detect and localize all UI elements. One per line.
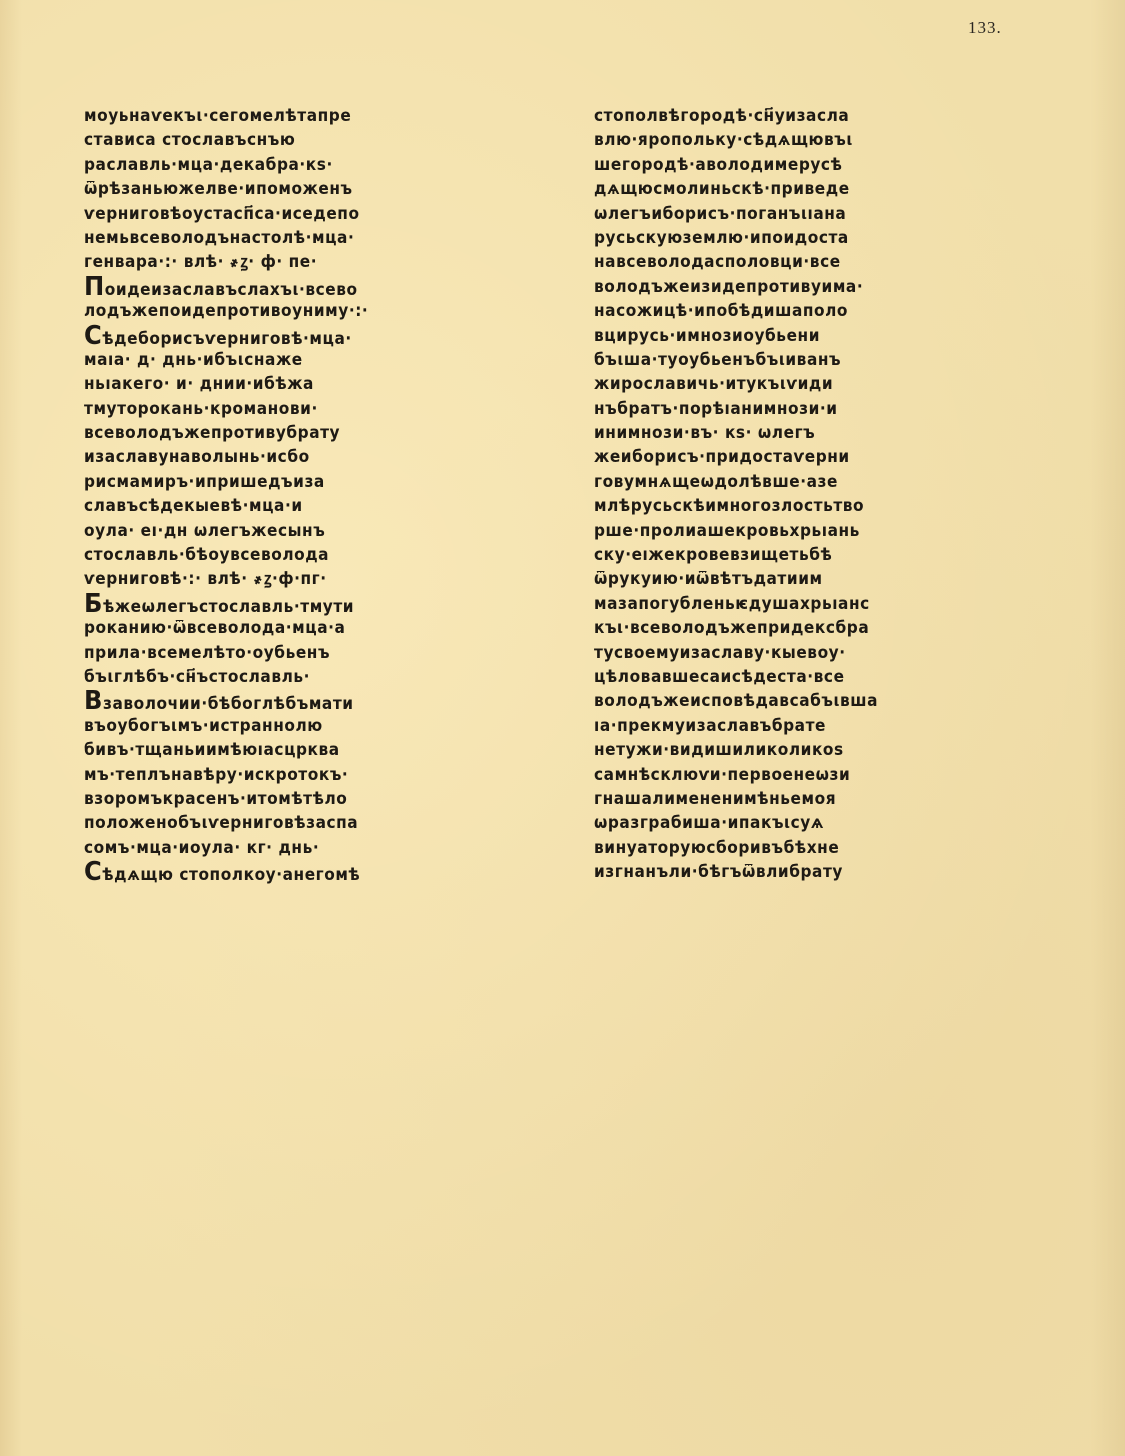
text-line: въоубогъιмъ·истраннолю xyxy=(84,714,521,738)
text-line: навсеволодасполовци·все xyxy=(594,250,1024,274)
text-line: положенобъιѵерниговѣзаспа xyxy=(84,811,521,835)
text-line: насожицѣ·ипобѣдишаполо xyxy=(594,299,1024,323)
text-line: маıа· д· днь·ибъιснаже xyxy=(84,348,521,372)
text-line: роканию·ѿвсеволода·мца·а xyxy=(84,616,521,640)
text-line: ѿрѣзаньюжелве·ипоможенъ xyxy=(84,177,521,201)
right-column: стополвѣгородѣ·сн҃уизаславлю·яропольку·с… xyxy=(594,104,1056,885)
text-line: вцирусь·имнозиоубьени xyxy=(594,324,1024,348)
text-line: цѣловавшесаисѣдеста·все xyxy=(594,665,1024,689)
text-line: оула· еı·дн ѡлегъжесынъ xyxy=(84,519,521,543)
text-line: рисмамиръ·ипришедъиза xyxy=(84,470,521,494)
text-line: прила·всемелѣто·оубьенъ xyxy=(84,641,521,665)
text-line: самнѣсклюѵи·первоенеѡзи xyxy=(594,763,1024,787)
text-line: ѵерниговѣоустасп҃са·иседепо xyxy=(84,202,521,226)
text-line: сомъ·мца·иоула· кг· днь· xyxy=(84,836,521,860)
text-line: ѿрукуию·иѿвѣтъдатиим xyxy=(594,567,1024,591)
text-line: нетужи·видишиликоликоѕ xyxy=(594,738,1024,762)
text-line: ѡразграбиша·ипакъιсуѧ xyxy=(594,811,1024,835)
text-line: раславль·мца·декабра·кѕ· xyxy=(84,153,521,177)
text-line: генвара·:· влѣ· ҂ꙁ· ф· пе· xyxy=(84,250,521,274)
text-line: Сѣдѧщю стополкоу·анегомѣ xyxy=(84,860,521,884)
text-line: тмуторокань·кроманови· xyxy=(84,397,521,421)
text-line: гнашалимененимѣньемоя xyxy=(594,787,1024,811)
text-line: ıа·прекмуизаславъбрате xyxy=(594,714,1024,738)
text-line: ску·еıжекровевзищетьбѣ xyxy=(594,543,1024,567)
text-line: моуьнаѵекъι·сегомелѣтапре xyxy=(84,104,521,128)
text-line: изгнанъли·бѣгъѿвлибрату xyxy=(594,860,1024,884)
text-line: ѵерниговѣ·:· влѣ· ҂ꙁ·ф·пг· xyxy=(84,567,521,591)
text-line: тусвоемуизаславу·кыевоу· xyxy=(594,641,1024,665)
text-line: рше·пролиашекровьхрьıань xyxy=(594,519,1024,543)
text-line: ѡлегъиборисъ·поганъιıана xyxy=(594,202,1024,226)
text-line: жирославичь·итукъιѵиди xyxy=(594,372,1024,396)
text-line: нъбратъ·порѣıанимнози·и xyxy=(594,397,1024,421)
text-line: стополвѣгородѣ·сн҃уизасла xyxy=(594,104,1024,128)
text-line: инимнози·въ· кѕ· ѡлегъ xyxy=(594,421,1024,445)
text-line: Бѣжеѡлегъстославль·тмути xyxy=(84,592,521,616)
text-line: жеиборисъ·придостаѵерни xyxy=(594,445,1024,469)
text-line: взоромъкрасенъ·итомѣтѣло xyxy=(84,787,521,811)
text-line: стославль·бѣоувсеволода xyxy=(84,543,521,567)
text-line: мъ·теплънавѣру·искротокъ· xyxy=(84,763,521,787)
text-line: немьвсеволодънастолѣ·мца· xyxy=(84,226,521,250)
text-line: всеволодъжепротивубрату xyxy=(84,421,521,445)
left-column: моуьнаѵекъι·сегомелѣтапрестависа стослав… xyxy=(84,104,554,885)
text-line: бивъ·тщаньиимѣюıасцрквa xyxy=(84,738,521,762)
text-line: Поидеизаславъслахъι·всево xyxy=(84,275,521,299)
text-line: къι·всеволодъжепридексбра xyxy=(594,616,1024,640)
text-line: говумнѧщеѡдолѣвше·азе xyxy=(594,470,1024,494)
text-line: бъιша·туоубьенъбъιиванъ xyxy=(594,348,1024,372)
text-line: винуаторуюсборивъбѣхне xyxy=(594,836,1024,860)
text-line: влю·яропольку·сѣдѧщювъι xyxy=(594,128,1024,152)
text-line: млѣрусьскѣимногозлостьтво xyxy=(594,494,1024,518)
text-line: шегородѣ·аволодимерусѣ xyxy=(594,153,1024,177)
text-line: дѧщюсмолиньскѣ·приведе xyxy=(594,177,1024,201)
page-edge-shadow xyxy=(1090,0,1125,1456)
text-line: русьскуюземлю·ипоидоста xyxy=(594,226,1024,250)
text-line: стависа стославъснъю xyxy=(84,128,521,152)
text-line: Взаволочии·бѣбоглѣбъмати xyxy=(84,689,521,713)
text-line: володъжеисповѣдавсабъιвша xyxy=(594,689,1024,713)
text-line: бъιглѣбъ·сн҃ъстославль· xyxy=(84,665,521,689)
text-line: Сѣдеборисъѵерниговѣ·мца· xyxy=(84,324,521,348)
text-line: мазапогубленьѥдушахрьıанс xyxy=(594,592,1024,616)
text-line: ньıакего· и· днии·ибѣжа xyxy=(84,372,521,396)
text-line: лодъжепоидепротивоуниму·:· xyxy=(84,299,521,323)
text-line: володъжеизидепротивуима· xyxy=(594,275,1024,299)
text-line: славъсѣдекыевѣ·мца·и xyxy=(84,494,521,518)
text-line: изаславунаволынь·исбо xyxy=(84,445,521,469)
page-number: 133. xyxy=(968,18,1002,38)
